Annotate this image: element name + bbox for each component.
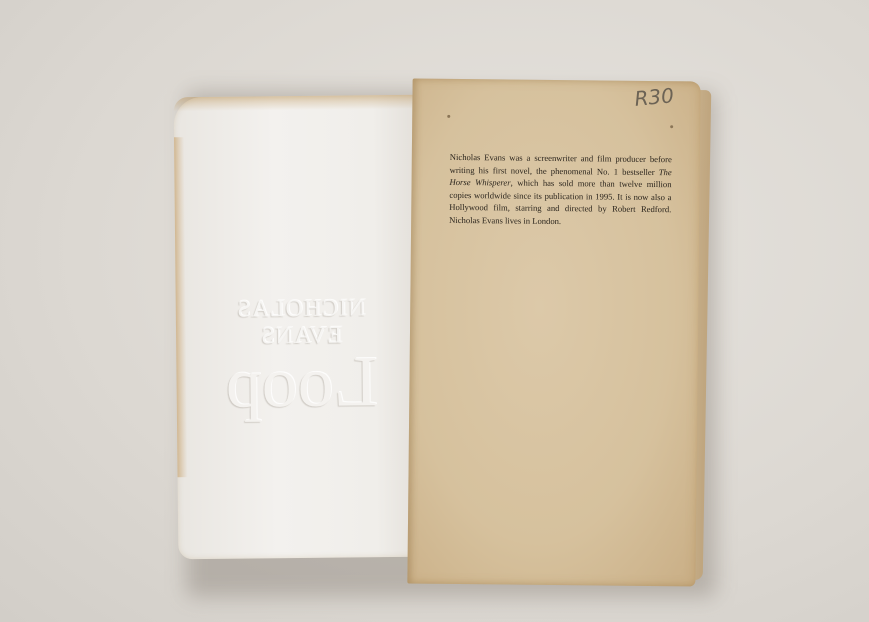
bio-text-1: Nicholas Evans was a screenwriter and fi… [450,152,672,177]
handwritten-price-note: R30 [633,83,674,111]
embossed-title: Loop [206,345,397,419]
author-bio-paragraph: Nicholas Evans was a screenwriter and fi… [449,151,672,229]
right-page-bio: R30 Nicholas Evans was a screenwriter an… [407,79,700,587]
left-page-inner-cover: NICHOLAS EVANS Loop [174,95,427,560]
paper-speck [447,115,450,118]
paper-speck [670,125,673,128]
